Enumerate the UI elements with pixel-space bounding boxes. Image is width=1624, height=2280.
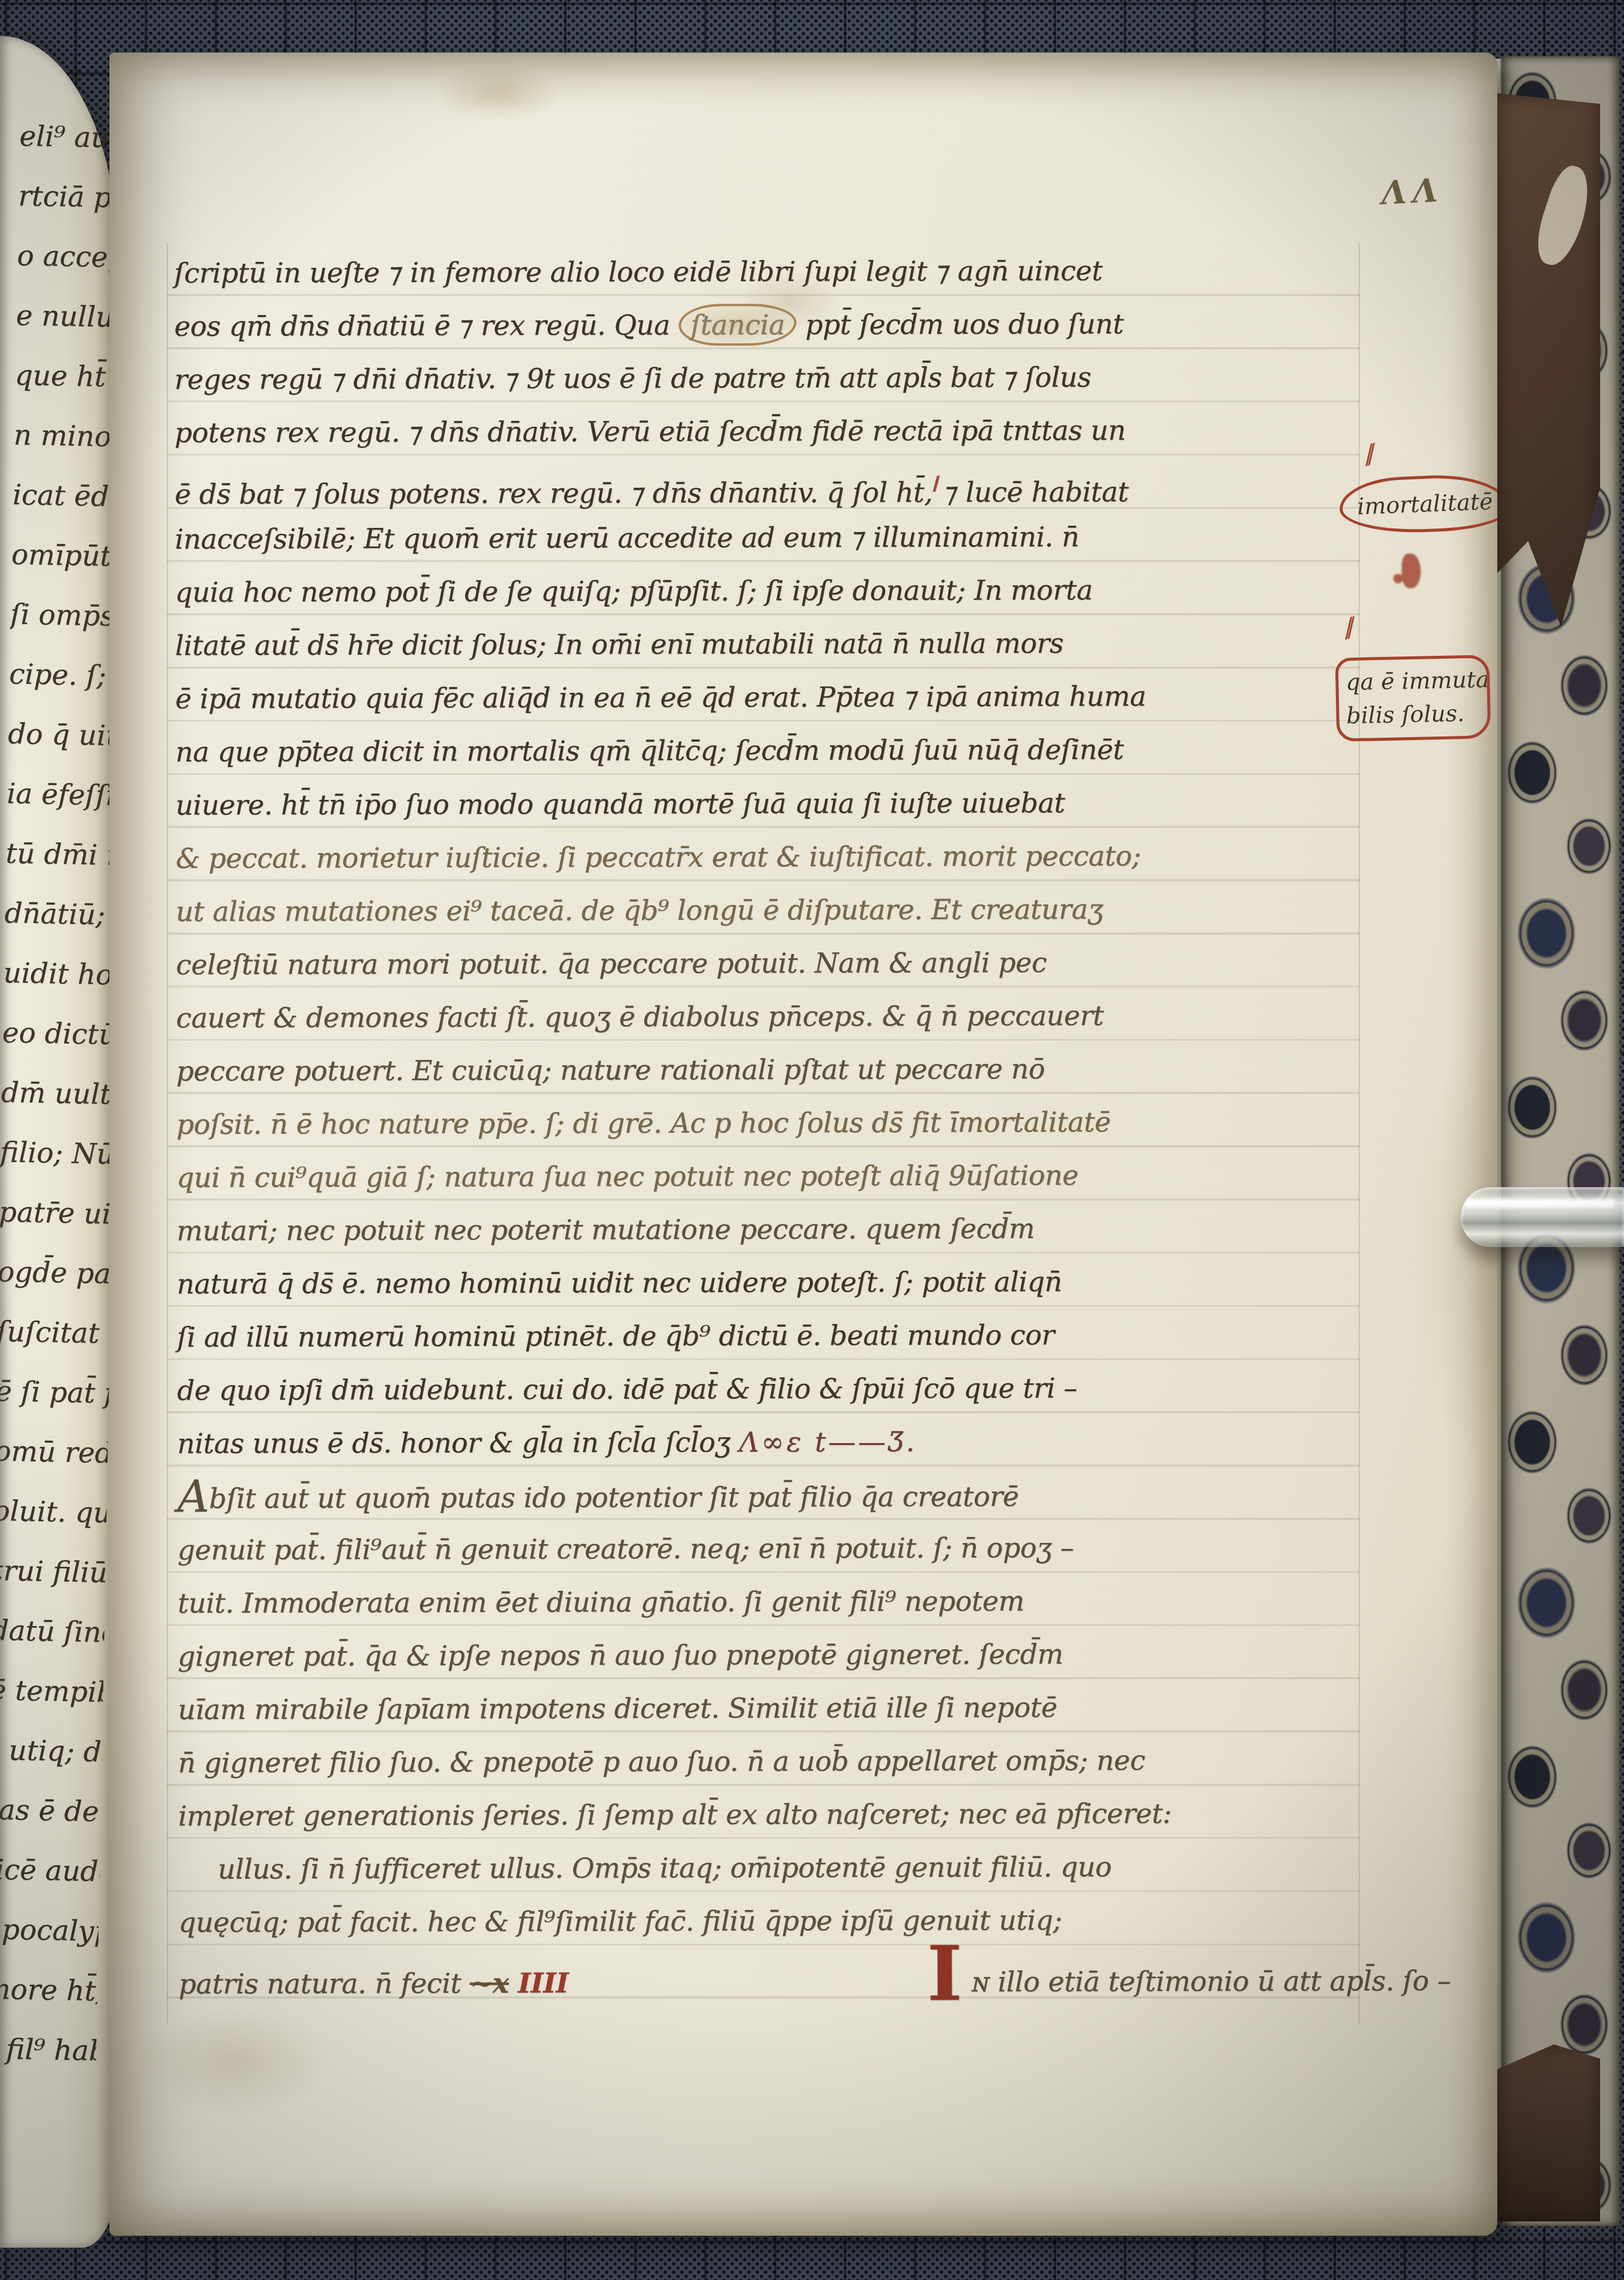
line-text: naturā q̄ ds̄ ē. nemo hominū uidit nec u… bbox=[177, 1266, 1062, 1300]
text-line: de quo ipſi dm̄ uidebunt. cui do. idē pa… bbox=[177, 1361, 1396, 1417]
line-text: gigneret pat̄. q̄a & ipſe nepos n̄ auo ſ… bbox=[178, 1638, 1063, 1673]
text-line: quęcūq; pat̄ facit. hec & fil⁹ſimilit fa… bbox=[178, 1893, 1397, 1949]
facing-text-fragment: omīpūtia filii n̄ bbox=[11, 525, 124, 587]
facing-text-fragment: do q̄ uiuificat bbox=[7, 704, 121, 766]
text-line: ē ipā mutatio quia fēc aliq̄d in ea n̄ e… bbox=[175, 669, 1394, 725]
initial-text: I bbox=[927, 1929, 962, 2018]
text-line: ullus. ſi n̄ ſufficeret ullus. Omp̄s ita… bbox=[178, 1839, 1397, 1896]
text-line: mutari; nec potuit nec poterit mutatione… bbox=[176, 1201, 1396, 1257]
text-line: patris natura. n̄ fecit ~x IIIIIɴ illo e… bbox=[179, 1946, 1398, 2002]
line-text: uīam mirabile ſapīam impotens diceret. S… bbox=[178, 1691, 1057, 1726]
line-text: patris natura. n̄ fecit bbox=[179, 1967, 470, 2000]
line-text: ɴ illo etiā teſtimonio ū att apl̄s. ſo – bbox=[972, 1964, 1451, 1998]
facing-text-fragment: oluit. quia fil⁹ bbox=[0, 1481, 106, 1544]
line-text: litatē aut̄ ds̄ hr̄e dicit ſolus; In om̄… bbox=[175, 627, 1063, 662]
facing-text-fragment: icat ēdat intell bbox=[12, 465, 126, 527]
facing-text-fragment: ſuſcitat mortuos bbox=[0, 1302, 109, 1364]
main-text-block: ſcriptū in ueſte ⁊ in femore alio loco e… bbox=[174, 243, 1398, 2002]
line-text: ſcriptū in ueſte ⁊ in femore alio loco e… bbox=[174, 255, 1102, 289]
line-text: & peccat. morietur iuſticie. ſi peccatr̄… bbox=[176, 839, 1141, 874]
line-text: nitas unus ē ds̄. honor & gl̄a in ſcl̄a … bbox=[177, 1426, 739, 1459]
line-text: ut alias mutationes ei⁹ taceā. de q̄b⁹ l… bbox=[176, 893, 1103, 928]
manuscript-page: ΛΛ ſcriptū in ueſte ⁊ in femore alio loc… bbox=[109, 53, 1497, 2236]
facing-text-fragment: tas ē deus. bat bbox=[0, 1780, 100, 1842]
line-text: ⁊ lucē habitat bbox=[935, 475, 1128, 508]
line-text: ē ipā mutatio quia fēc aliq̄d in ea n̄ e… bbox=[175, 680, 1146, 714]
text-line: n̄ gigneret filio ſuo. & pnepotē p auo ſ… bbox=[178, 1733, 1397, 1789]
text-line: uiuere. ht̄ tn̄ ip̄o ſuo modo quandā mor… bbox=[175, 775, 1394, 832]
text-line: Abſit aut̄ ut quom̄ putas ido potentior … bbox=[178, 1467, 1397, 1523]
text-line: nitas unus ē ds̄. honor & gl̄a in ſcl̄a … bbox=[177, 1414, 1396, 1470]
line-text: n̄ gigneret filio ſuo. & pnepotē p auo ſ… bbox=[178, 1744, 1145, 1778]
text-line: quia hoc nemo pot̄ ſi de ſe quiſq; pſūpſ… bbox=[175, 563, 1394, 619]
margin-note-text-line2: bilis ſolus. bbox=[1346, 696, 1485, 732]
line-text: ē ds̄ bat ⁊ ſolus potens. rex regū. ⁊ dn… bbox=[175, 476, 932, 510]
text-line: inacceſsibilē; Et quom̄ erit uerū accedi… bbox=[175, 509, 1394, 566]
line-text: genuit pat̄. fili⁹aut̄ n̄ genuit creator… bbox=[178, 1532, 1074, 1566]
line-text: ullus. ſi n̄ ſufficeret ullus. Omp̄s ita… bbox=[218, 1851, 1111, 1885]
facing-text-fragment: apocalypſi Ioſū bbox=[0, 1900, 98, 1962]
text-line: impleret generationis ſeries. ſi ſemp al… bbox=[178, 1786, 1397, 1842]
facing-text-fragment: licē audetis fili bbox=[0, 1840, 99, 1902]
line-text: quia hoc nemo pot̄ ſi de ſe quiſq; pſūpſ… bbox=[175, 574, 1093, 609]
line-text: ſi ad illū numerū hominū ptinēt. de q̄b⁹… bbox=[177, 1319, 1054, 1353]
text-line: genuit pat̄. fili⁹aut̄ n̄ genuit creator… bbox=[178, 1520, 1397, 1576]
facing-text-fragment: more ht̄; ſeptēs bbox=[0, 1960, 97, 2022]
line-text: peccare potuert. Et cuicūq; nature ratio… bbox=[176, 1053, 1045, 1087]
line-text: na que pp̄tea dicit in mortalis qm̄ q̄li… bbox=[175, 733, 1124, 768]
text-line: ſcriptū in ueſte ⁊ in femore alio loco e… bbox=[174, 243, 1393, 299]
facing-text-fragment: s fil⁹ habebat bbox=[0, 2019, 96, 2082]
margin-note-text-line1: qa ē immuta bbox=[1345, 662, 1485, 699]
amen-text: Λ∞ε t——Ʒ. bbox=[739, 1425, 917, 1458]
chapter-text: IIII bbox=[509, 1967, 568, 1999]
line-text: de quo ipſi dm̄ uidebunt. cui do. idē pa… bbox=[177, 1372, 1077, 1407]
bigcap-text: A bbox=[178, 1471, 209, 1523]
text-line: potens rex regū. ⁊ dn̄s dn̄ativ. Verū et… bbox=[175, 403, 1394, 459]
facing-text-fragment: tū dm̄i nr̄i ihv bbox=[5, 824, 118, 886]
red-ink-blot bbox=[1402, 554, 1421, 588]
line-text: inacceſsibilē; Et quom̄ erit uerū accedi… bbox=[175, 521, 1079, 555]
text-line: ſi ad illū numerū hominū ptinēt. de q̄b⁹… bbox=[177, 1307, 1396, 1364]
text-line: qui n̄ cui⁹quā giā ſ; natura ſua nec pot… bbox=[176, 1148, 1396, 1204]
text-line: eos qm̄ dn̄s dn̄atiū ē ⁊ rex regū. Qua ſ… bbox=[174, 297, 1393, 353]
leather-cover-corner-bottom bbox=[1497, 2044, 1600, 2221]
facing-text-fragment: datū ſine mad̄s bbox=[0, 1601, 103, 1663]
line-text: impleret generationis ſeries. ſi ſemp al… bbox=[178, 1797, 1172, 1832]
text-line: na que pp̄tea dicit in mortalis qm̄ q̄li… bbox=[175, 722, 1394, 778]
text-line: celeſtiū natura mori potuit. q̄a peccare… bbox=[176, 935, 1395, 991]
folio-number: ΛΛ bbox=[1380, 170, 1444, 212]
facing-text-fragment: ē ſi pat̄ ſine filio bbox=[0, 1362, 108, 1424]
circled-text: ſtancia bbox=[678, 304, 797, 346]
facing-page: eli⁹ audit ipē q̄rtciā pat in q̄so accep… bbox=[0, 36, 117, 2248]
text-line: litatē aut̄ ds̄ hr̄e dicit ſolus; In om̄… bbox=[175, 616, 1394, 672]
chapter-text: ~x bbox=[470, 1967, 509, 1999]
facing-text-fragment: ē tempib; oſtn̄x bbox=[0, 1661, 102, 1723]
text-line: naturā q̄ ds̄ ē. nemo hominū uidit nec u… bbox=[177, 1254, 1396, 1310]
facing-text-fragment: trui filiū noun bbox=[0, 1541, 105, 1603]
line-text: uiuere. ht̄ tn̄ ip̄o ſuo modo quandā mor… bbox=[176, 787, 1065, 821]
text-line: tuit. Immoderata enim ēet diuina gn̄atio… bbox=[178, 1573, 1397, 1630]
text-line: cauert & demones facti ſt̄. quoʒ ē diabo… bbox=[176, 988, 1395, 1044]
margin-note-immutability: qa ē immuta bilis ſolus. bbox=[1335, 655, 1491, 741]
line-text: poſsit. n̄ ē hoc nature pp̄e. ſ; di grē.… bbox=[176, 1106, 1111, 1141]
text-line: poſsit. n̄ ē hoc nature pp̄e. ſ; di grē.… bbox=[176, 1095, 1396, 1151]
facing-text-fragment: t utiq; ds̄ q̄ fil bbox=[0, 1720, 102, 1783]
facing-text-fragment: ogd̄e pat̄ ut puta bbox=[0, 1242, 111, 1304]
line-text: eos qm̄ dn̄s dn̄atiū ē ⁊ rex regū. Qua bbox=[174, 308, 678, 342]
facing-text-fragment: uidit hor̄ nec bbox=[3, 943, 117, 1005]
facing-text-fragment: dm̄ uultis q̄a om̄ bbox=[1, 1063, 114, 1125]
text-line: peccare potuert. Et cuicūq; nature ratio… bbox=[176, 1041, 1396, 1098]
facing-text-fragment: filio; Nūquid eni bbox=[0, 1123, 113, 1185]
facing-text-fragment: ſi omp̄s n̄ ē. Ae bbox=[10, 585, 123, 647]
text-line: uīam mirabile ſapīam impotens diceret. S… bbox=[178, 1680, 1397, 1736]
line-text: cauert & demones facti ſt̄. quoʒ ē diabo… bbox=[176, 1000, 1103, 1034]
line-text: tuit. Immoderata enim ēet diuina gn̄atio… bbox=[178, 1585, 1024, 1619]
text-line: reges regū ⁊ dn̄i dn̄ativ. ⁊ 9t uos ē ſi… bbox=[175, 350, 1394, 406]
facing-text-fragment: omū reddidit bbox=[0, 1422, 107, 1484]
text-line: ut alias mutationes ei⁹ taceā. de q̄b⁹ l… bbox=[176, 882, 1395, 938]
text-line: gigneret pat̄. q̄a & ipſe nepos n̄ auo ſ… bbox=[178, 1627, 1397, 1683]
line-text: celeſtiū natura mori potuit. q̄a peccare… bbox=[176, 946, 1047, 981]
facing-text-fragment: cipe. ſ; de do q̄ bbox=[8, 644, 122, 707]
facing-text-fragment: eo dictū q̄ n̄ gue bbox=[2, 1003, 115, 1065]
facing-text-fragment: patr̄e uiuificare bbox=[0, 1182, 112, 1245]
line-text: reges regū ⁊ dn̄i dn̄ativ. ⁊ 9t uos ē ſi… bbox=[175, 361, 1091, 396]
text-line: & peccat. morietur iuſticie. ſi peccatr̄… bbox=[176, 829, 1395, 885]
glass-page-weight bbox=[1461, 1187, 1624, 1247]
line-text: mutari; nec potuit nec poterit mutatione… bbox=[176, 1212, 1035, 1247]
line-text: bſit aut̄ ut quom̄ putas ido potentior ſ… bbox=[209, 1480, 1019, 1515]
line-text: ppt̄ ſecd̄m uos duo ſunt bbox=[797, 308, 1124, 341]
line-text: potens rex regū. ⁊ dn̄s dn̄ativ. Verū et… bbox=[175, 414, 1126, 449]
photograph-backdrop: eli⁹ audit ipē q̄rtciā pat in q̄so accep… bbox=[0, 0, 1624, 2280]
text-line: ē ds̄ bat ⁊ ſolus potens. rex regū. ⁊ dn… bbox=[175, 456, 1394, 512]
margin-note-text: imortalitatē bbox=[1357, 488, 1494, 520]
line-text: qui n̄ cui⁹quā giā ſ; natura ſua nec pot… bbox=[176, 1159, 1078, 1194]
facing-text-fragment: ia ēfeſſionē. ut bbox=[6, 764, 120, 826]
facing-text-fragment: dn̄ātiū; q̄ ſol h bbox=[4, 884, 118, 946]
